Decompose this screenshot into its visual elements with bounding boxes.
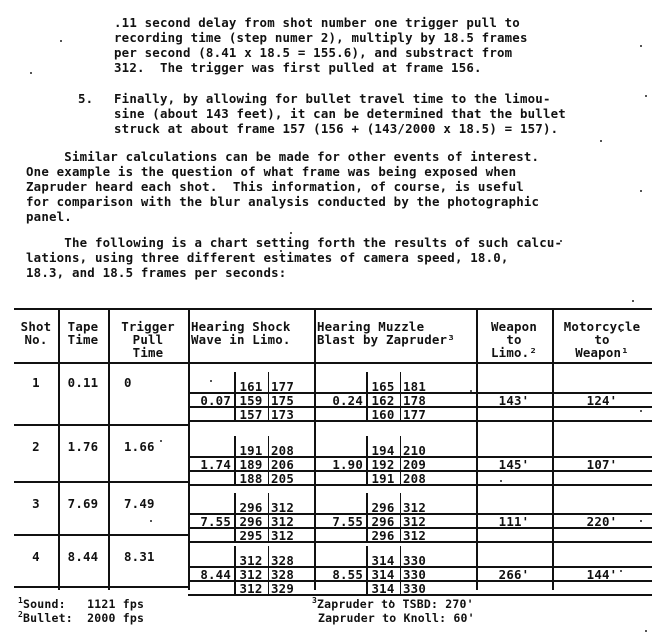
cell-shock-frame-start: 312 [234,568,268,581]
cell-muzzle-frame-start: 192 [366,458,400,471]
row-rule [14,534,190,536]
cell-shock-frame-start: 161 [234,380,268,393]
subcolumn-divider [400,436,401,486]
cell-muzzle-frame-start: 191 [366,472,400,485]
cell-trigger-pull-time: 0 [124,376,188,389]
cell-weapon-to-limo: 111' [476,515,552,528]
cell-shock-frame-end: 175 [271,394,311,407]
cell-muzzle-frame-end: 312 [403,501,443,514]
cell-shock-wave-time: 8.44 [188,568,231,581]
cell-shock-frame-end: 206 [271,458,311,471]
cell-shock-wave-time: 0.07 [188,394,231,407]
cell-shock-frame-end: 173 [271,408,311,421]
row-rule [14,424,190,426]
header-shock-wave: Wave in Limo. [191,333,311,346]
subcolumn-divider [400,372,401,422]
cell-muzzle-frame-start: 314 [366,582,400,595]
cell-shock-frame-start: 188 [234,472,268,485]
cell-shot-no: 4 [14,550,58,563]
cell-muzzle-blast-time: 0.24 [314,394,363,407]
cell-shock-frame-start: 191 [234,444,268,457]
cell-shock-frame-end: 312 [271,515,311,528]
footnote-zapruder-tsbd: 3Zapruder to TSBD: 270' [312,598,474,611]
cell-shock-frame-end: 329 [271,582,311,595]
cell-shock-frame-start: 295 [234,529,268,542]
scan-speck [160,440,162,442]
scan-speck [280,250,282,252]
cell-shock-frame-start: 296 [234,515,268,528]
column-divider [188,308,190,590]
cell-shock-frame-end: 177 [271,380,311,393]
scan-speck [470,390,472,392]
cell-muzzle-frame-start: 160 [366,408,400,421]
cell-muzzle-frame-start: 314 [366,554,400,567]
cell-muzzle-frame-start: 165 [366,380,400,393]
cell-muzzle-frame-start: 194 [366,444,400,457]
cell-trigger-pull-time: 1.66 [124,440,188,453]
cell-muzzle-frame-start: 162 [366,394,400,407]
cell-muzzle-blast-time: 7.55 [314,515,363,528]
scan-speck [640,520,642,522]
column-divider [108,308,110,590]
cell-shot-no: 2 [14,440,58,453]
scan-speck [290,232,292,234]
cell-shock-frame-start: 296 [234,501,268,514]
cell-shock-frame-end: 312 [271,529,311,542]
cell-muzzle-frame-end: 312 [403,529,443,542]
header-shot-no: No. [17,333,55,346]
cell-muzzle-blast-time: 1.90 [314,458,363,471]
cell-motorcycle-to-weapon: 107' [552,458,652,471]
cell-muzzle-frame-end: 181 [403,380,443,393]
cell-shock-frame-end: 312 [271,501,311,514]
scan-speck [60,40,62,42]
cell-motorcycle-to-weapon: 220' [552,515,652,528]
scan-speck [645,630,647,632]
cell-motorcycle-to-weapon: 124' [552,394,652,407]
header-trigger-pull-time: Time [111,346,185,359]
cell-shock-frame-start: 312 [234,582,268,595]
header-tape-time: Time [61,333,105,346]
cell-muzzle-frame-end: 177 [403,408,443,421]
scan-speck [640,190,642,192]
cell-muzzle-frame-end: 330 [403,582,443,595]
cell-shock-frame-start: 157 [234,408,268,421]
cell-muzzle-frame-end: 210 [403,444,443,457]
cell-muzzle-frame-start: 296 [366,515,400,528]
cell-muzzle-frame-start: 296 [366,529,400,542]
cell-tape-time: 7.69 [58,497,108,510]
cell-shock-frame-end: 328 [271,568,311,581]
scan-speck [620,330,622,332]
header-motorcycle-to-weapon: Weapon¹ [555,346,649,359]
cell-weapon-to-limo: 266' [476,568,552,581]
cell-muzzle-frame-start: 296 [366,501,400,514]
column-divider [314,308,316,590]
footnote-bullet: 2Bullet: 2000 fps [18,612,144,625]
cell-shot-no: 3 [14,497,58,510]
subcolumn-divider [268,436,269,486]
column-divider [552,308,554,590]
cell-muzzle-frame-start: 314 [366,568,400,581]
scan-speck [620,570,622,572]
cell-shock-frame-end: 205 [271,472,311,485]
cell-shock-wave-time: 7.55 [188,515,231,528]
cell-shock-frame-start: 159 [234,394,268,407]
cell-shot-no: 1 [14,376,58,389]
scan-speck [210,380,212,382]
footnote-sound: 1Sound: 1121 fps [18,598,144,611]
scan-speck [645,95,647,97]
cell-tape-time: 8.44 [58,550,108,563]
cell-shock-frame-start: 312 [234,554,268,567]
header-weapon-to-limo: Limo.² [479,346,549,359]
cell-trigger-pull-time: 7.49 [124,497,188,510]
cell-muzzle-frame-end: 330 [403,554,443,567]
scan-speck [30,72,32,74]
scan-speck [640,410,642,412]
cell-tape-time: 1.76 [58,440,108,453]
footnote-zapruder-knoll: Zapruder to Knoll: 60' [318,612,475,625]
subcolumn-divider [268,372,269,422]
cell-shock-wave-time: 1.74 [188,458,231,471]
cell-weapon-to-limo: 143' [476,394,552,407]
cell-muzzle-frame-end: 208 [403,472,443,485]
scan-speck [632,300,634,302]
cell-muzzle-frame-end: 312 [403,515,443,528]
row-rule [14,586,190,588]
cell-muzzle-frame-end: 330 [403,568,443,581]
scan-speck [150,520,152,522]
scan-speck [500,480,502,482]
subcolumn-divider [268,546,269,596]
cell-shock-frame-end: 208 [271,444,311,457]
subcolumn-divider [400,493,401,543]
column-divider [476,308,478,590]
results-table: ShotNo.TapeTimeTriggerPullTimeHearing Sh… [0,0,657,639]
scan-speck [600,140,602,142]
cell-trigger-pull-time: 8.31 [124,550,188,563]
cell-muzzle-frame-end: 178 [403,394,443,407]
subcolumn-divider [268,493,269,543]
cell-muzzle-frame-end: 209 [403,458,443,471]
subcolumn-divider [400,546,401,596]
cell-motorcycle-to-weapon: 144' [552,568,652,581]
row-rule [14,481,190,483]
header-muzzle-blast: Blast by Zapruder³ [317,333,473,346]
scan-speck [560,240,562,242]
cell-weapon-to-limo: 145' [476,458,552,471]
cell-shock-frame-start: 189 [234,458,268,471]
cell-muzzle-blast-time: 8.55 [314,568,363,581]
cell-shock-frame-end: 328 [271,554,311,567]
scan-speck [640,45,642,47]
cell-tape-time: 0.11 [58,376,108,389]
